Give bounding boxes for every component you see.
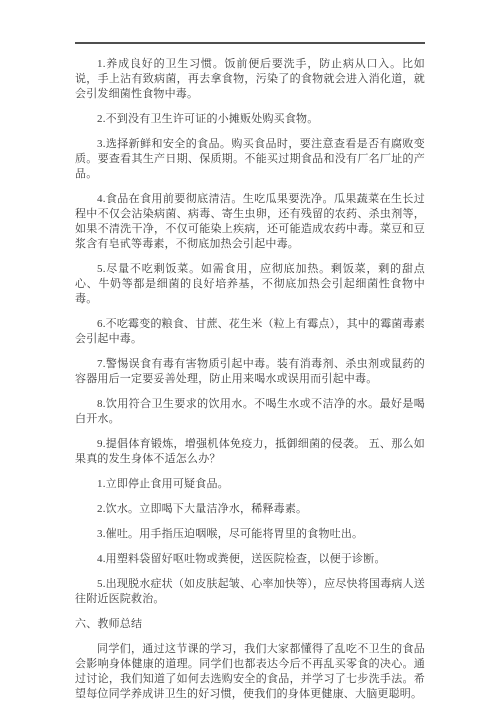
response-item-5: 5.出现脱水症状（如皮肤起皱、心率加快等），应尽快将国毒病人送往附近医院救治。 xyxy=(75,577,425,607)
response-item-4: 4.用塑料袋留好呕吐物或粪便，送医院检查，以便于诊断。 xyxy=(75,552,425,567)
response-item-1: 1.立即停止食用可疑食品。 xyxy=(75,477,425,492)
prevention-item-5: 5.尽量不吃剩饭菜。如需食用，应彻底加热。剩饭菜，剩的甜点心、牛奶等都是细菌的良… xyxy=(75,262,425,307)
prevention-item-9: 9.提倡体育锻炼，增强机体免疫力，抵御细菌的侵袭。 五、那么如果真的发生身体不适… xyxy=(75,437,425,467)
section-heading: 六、教师总结 xyxy=(75,617,425,632)
response-item-3: 3.催吐。用手指压迫咽喉，尽可能将胃里的食物吐出。 xyxy=(75,527,425,542)
document-page: 1.养成良好的卫生习惯。饭前便后要洗手，防止病从口入。比如说，手上沾有致病菌，再… xyxy=(0,0,500,707)
prevention-item-2: 2.不到没有卫生许可证的小摊贩处购买食物。 xyxy=(75,112,425,127)
prevention-item-6: 6.不吃霉变的粮食、甘蔗、花生米（粒上有霉点），其中的霉菌毒素会引起中毒。 xyxy=(75,317,425,347)
prevention-item-1: 1.养成良好的卫生习惯。饭前便后要洗手，防止病从口入。比如说，手上沾有致病菌，再… xyxy=(75,57,425,102)
prevention-item-8: 8.饮用符合卫生要求的饮用水。不喝生水或不洁净的水。最好是喝白开水。 xyxy=(75,397,425,427)
summary-paragraph: 同学们，通过这节课的学习，我们大家都懂得了乱吃不卫生的食品会影响身体健康的道理。… xyxy=(75,642,425,702)
top-divider-line xyxy=(75,42,425,44)
document-content: 1.养成良好的卫生习惯。饭前便后要洗手，防止病从口入。比如说，手上沾有致病菌，再… xyxy=(75,42,425,707)
prevention-item-4: 4.食品在食用前要彻底清洁。生吃瓜果要洗净。瓜果蔬菜在生长过程中不仅会沾染病菌、… xyxy=(75,192,425,252)
response-item-2: 2.饮水。立即喝下大量洁净水，稀释毒素。 xyxy=(75,502,425,517)
prevention-item-3: 3.选择新鲜和安全的食品。购买食品时，要注意查看是否有腐败变质。要查看其生产日期… xyxy=(75,137,425,182)
prevention-item-7: 7.警惕误食有毒有害物质引起中毒。装有消毒剂、杀虫剂或鼠药的容器用后一定要妥善处… xyxy=(75,357,425,387)
